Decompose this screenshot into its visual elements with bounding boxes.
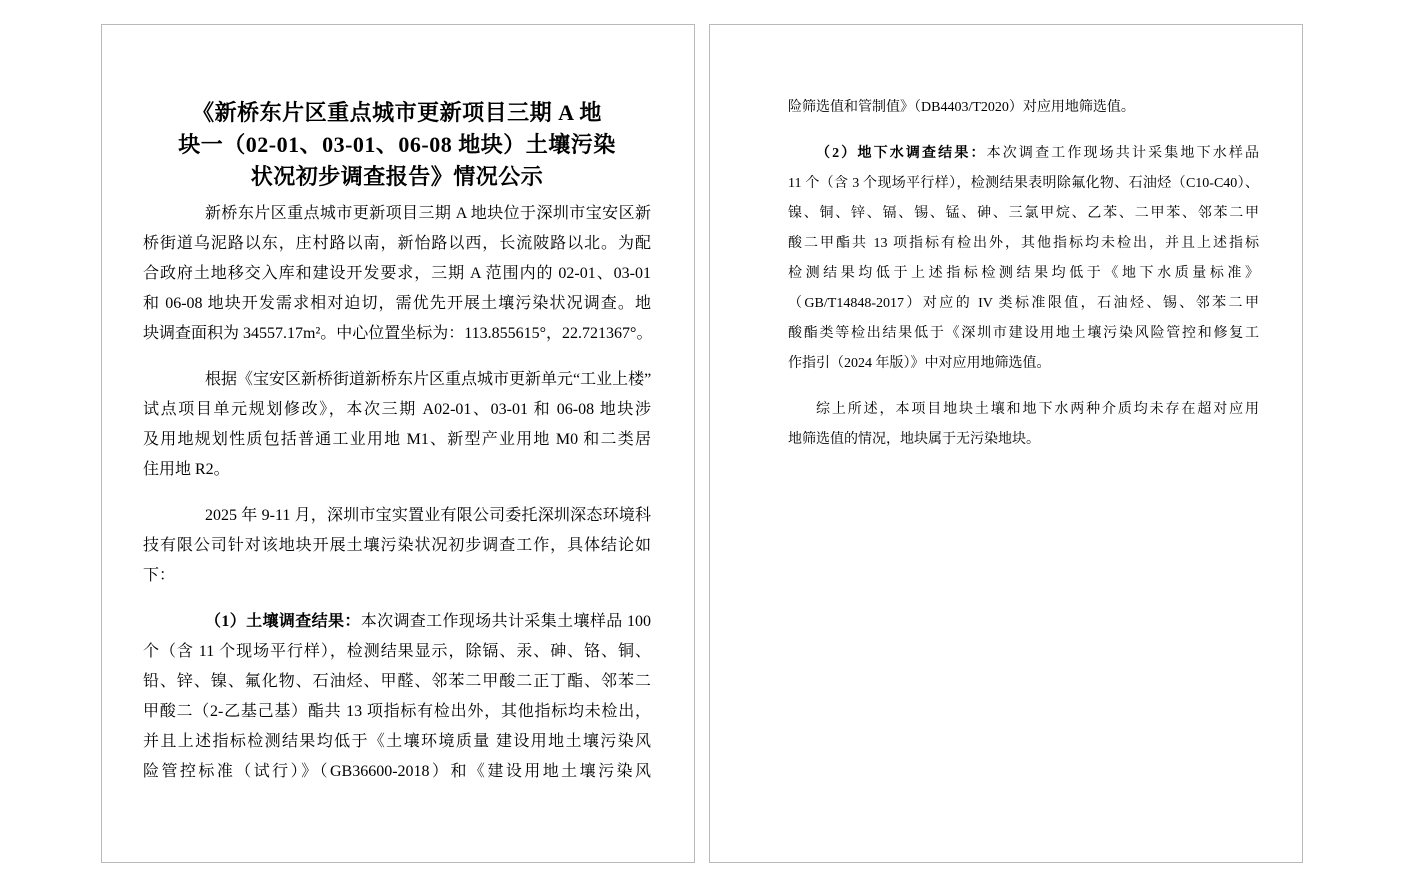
document-viewer: 《新桥东片区重点城市更新项目三期 A 地块一（02-01、03-01、06-08… (0, 0, 1406, 889)
text-line: 酸酯类等检出结果低于《深圳市建设用地土壤污染风险管控和修复工 (788, 319, 1259, 349)
text-line: （1）土壤调查结果：本次调查工作现场共计采集土壤样品 100 (143, 607, 651, 637)
text-line: 地筛选值的情况，地块属于无污染地块。 (788, 425, 1259, 455)
text-line: （2）地下水调查结果：本次调查工作现场共计采集地下水样品 (788, 139, 1259, 169)
title-line: 状况初步调查报告》情况公示 (143, 161, 651, 193)
text-line: 险筛选值和管制值》（DB4403/T2020）对应用地筛选值。 (788, 93, 1259, 123)
text-line: 作指引（2024 年版）》中对应用地筛选值。 (788, 349, 1259, 379)
text-line: （GB/T14848-2017）对应的 IV 类标准限值，石油烃、锡、邻苯二甲 (788, 289, 1259, 319)
text-line: 新桥东片区重点城市更新项目三期 A 地块位于深圳市宝安区新 (143, 199, 651, 229)
bold-lead-text: （1）土壤调查结果： (205, 613, 361, 630)
paragraph: （2）地下水调查结果：本次调查工作现场共计采集地下水样品11 个（含 3 个现场… (788, 139, 1259, 379)
text-line: 根据《宝安区新桥街道新桥东片区重点城市更新单元“工业上楼” (143, 365, 651, 395)
text-line: 险管控标准（试行）》（GB36600-2018）和《建设用地土壤污染风 (143, 757, 651, 787)
text-line: 个（含 11 个现场平行样），检测结果显示，除镉、汞、砷、铬、铜、 (143, 637, 651, 667)
text-line: 桥街道乌泥路以东，庄村路以南，新怡路以西，长流陂路以北。为配 (143, 229, 651, 259)
bold-lead-text: （2）地下水调查结果： (816, 146, 987, 161)
text-line: 11 个（含 3 个现场平行样），检测结果表明除氟化物、石油烃（C10-C40）… (788, 169, 1259, 199)
text-line: 下： (143, 561, 651, 591)
text-line: 2025 年 9-11 月，深圳市宝实置业有限公司委托深圳深态环境科 (143, 501, 651, 531)
text-line: 综上所述，本项目地块土壤和地下水两种介质均未存在超对应用 (788, 395, 1259, 425)
text-line: 试点项目单元规划修改》，本次三期 A02-01、03-01 和 06-08 地块… (143, 395, 651, 425)
text-line: 及用地规划性质包括普通工业用地 M1、新型产业用地 M0 和二类居 (143, 425, 651, 455)
text-line: 住用地 R2。 (143, 455, 651, 485)
text-line: 酸二甲酯共 13 项指标有检出外，其他指标均未检出，并且上述指标 (788, 229, 1259, 259)
text-line: 检测结果均低于上述指标检测结果均低于《地下水质量标准》 (788, 259, 1259, 289)
title-line: 块一（02-01、03-01、06-08 地块）土壤污染 (143, 129, 651, 161)
title-line: 《新桥东片区重点城市更新项目三期 A 地 (143, 97, 651, 129)
text-line: 甲酸二（2-乙基己基）酯共 13 项指标有检出外，其他指标均未检出， (143, 697, 651, 727)
text-line: 镍、铜、锌、镉、锡、锰、砷、三氯甲烷、乙苯、二甲苯、邻苯二甲 (788, 199, 1259, 229)
paragraph: 综上所述，本项目地块土壤和地下水两种介质均未存在超对应用地筛选值的情况，地块属于… (788, 395, 1259, 455)
paragraph: （1）土壤调查结果：本次调查工作现场共计采集土壤样品 100个（含 11 个现场… (143, 607, 651, 787)
page-2-body: 险筛选值和管制值》（DB4403/T2020）对应用地筛选值。（2）地下水调查结… (788, 93, 1259, 455)
text-line: 和 06-08 地块开发需求相对迫切，需优先开展土壤污染状况调查。地 (143, 289, 651, 319)
text-line: 铅、锌、镍、氟化物、石油烃、甲醛、邻苯二甲酸二正丁酯、邻苯二 (143, 667, 651, 697)
document-title: 《新桥东片区重点城市更新项目三期 A 地块一（02-01、03-01、06-08… (143, 97, 651, 193)
text-line: 并且上述指标检测结果均低于《土壤环境质量 建设用地土壤污染风 (143, 727, 651, 757)
paragraph: 2025 年 9-11 月，深圳市宝实置业有限公司委托深圳深态环境科技有限公司针… (143, 501, 651, 591)
text-line: 块调查面积为 34557.17m²。中心位置坐标为：113.855615°，22… (143, 319, 651, 349)
text-line: 合政府土地移交入库和建设开发要求，三期 A 范围内的 02-01、03-01 (143, 259, 651, 289)
paragraph: 险筛选值和管制值》（DB4403/T2020）对应用地筛选值。 (788, 93, 1259, 123)
text-line: 技有限公司针对该地块开展土壤污染状况初步调查工作，具体结论如 (143, 531, 651, 561)
paragraph: 根据《宝安区新桥街道新桥东片区重点城市更新单元“工业上楼”试点项目单元规划修改》… (143, 365, 651, 485)
page-2: 险筛选值和管制值》（DB4403/T2020）对应用地筛选值。（2）地下水调查结… (709, 24, 1303, 863)
paragraph: 新桥东片区重点城市更新项目三期 A 地块位于深圳市宝安区新桥街道乌泥路以东，庄村… (143, 199, 651, 349)
page-1: 《新桥东片区重点城市更新项目三期 A 地块一（02-01、03-01、06-08… (101, 24, 695, 863)
page-1-body: 新桥东片区重点城市更新项目三期 A 地块位于深圳市宝安区新桥街道乌泥路以东，庄村… (143, 199, 651, 787)
